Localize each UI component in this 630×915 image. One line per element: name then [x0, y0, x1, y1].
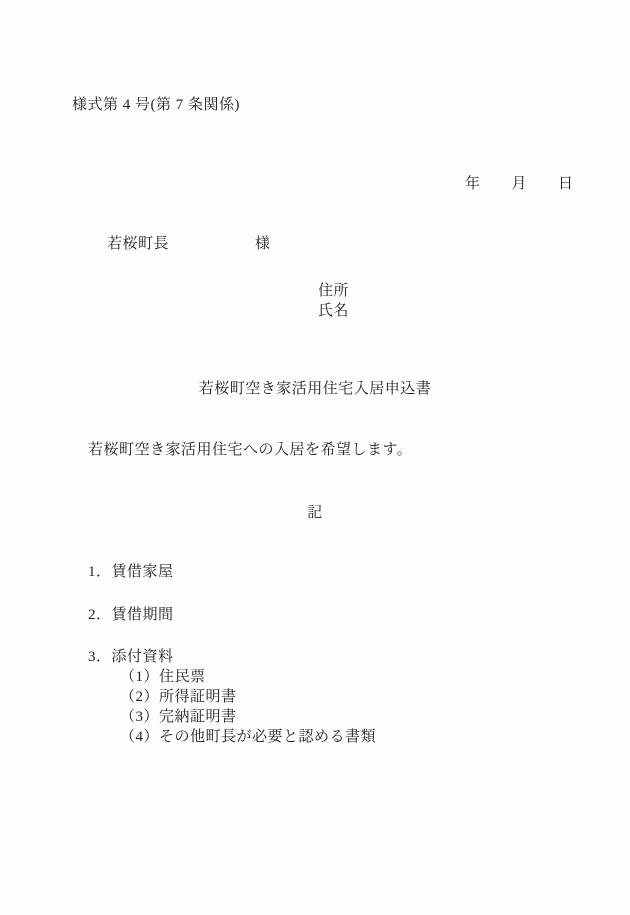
addressee-honorific: 様: [255, 236, 271, 252]
form-number: 様式第 4 号(第 7 条関係): [72, 97, 240, 113]
applicant-name-label: 氏名: [318, 303, 349, 319]
document-title: 若桜町空き家活用住宅入居申込書: [0, 381, 630, 397]
application-statement: 若桜町空き家活用住宅への入居を希望します。: [88, 442, 412, 458]
date-line: 年 月 日: [448, 160, 574, 208]
list-item-rental-house: 1．賃借家屋: [88, 564, 174, 580]
addressee-name: 若桜町長: [107, 236, 169, 252]
addressee-line: 若桜町長様: [90, 220, 271, 268]
attachment-item-other-documents: （4）その他町長が必要と認める書類: [120, 729, 376, 745]
date-fields: 年 月 日: [465, 176, 574, 192]
attachment-item-tax-payment-certificate: （3）完納証明書: [120, 709, 237, 725]
list-item-rental-period: 2．賃借期間: [88, 607, 174, 623]
applicant-address-label: 住所: [318, 283, 349, 299]
attachment-item-income-certificate: （2）所得証明書: [120, 689, 237, 705]
document-page: 様式第 4 号(第 7 条関係) 年 月 日 若桜町長様 住所 氏名 若桜町空き…: [0, 0, 630, 915]
record-marker: 記: [0, 505, 630, 521]
list-item-attachments: 3．添付資料: [88, 649, 174, 665]
attachment-item-resident-card: （1）住民票: [120, 669, 206, 685]
